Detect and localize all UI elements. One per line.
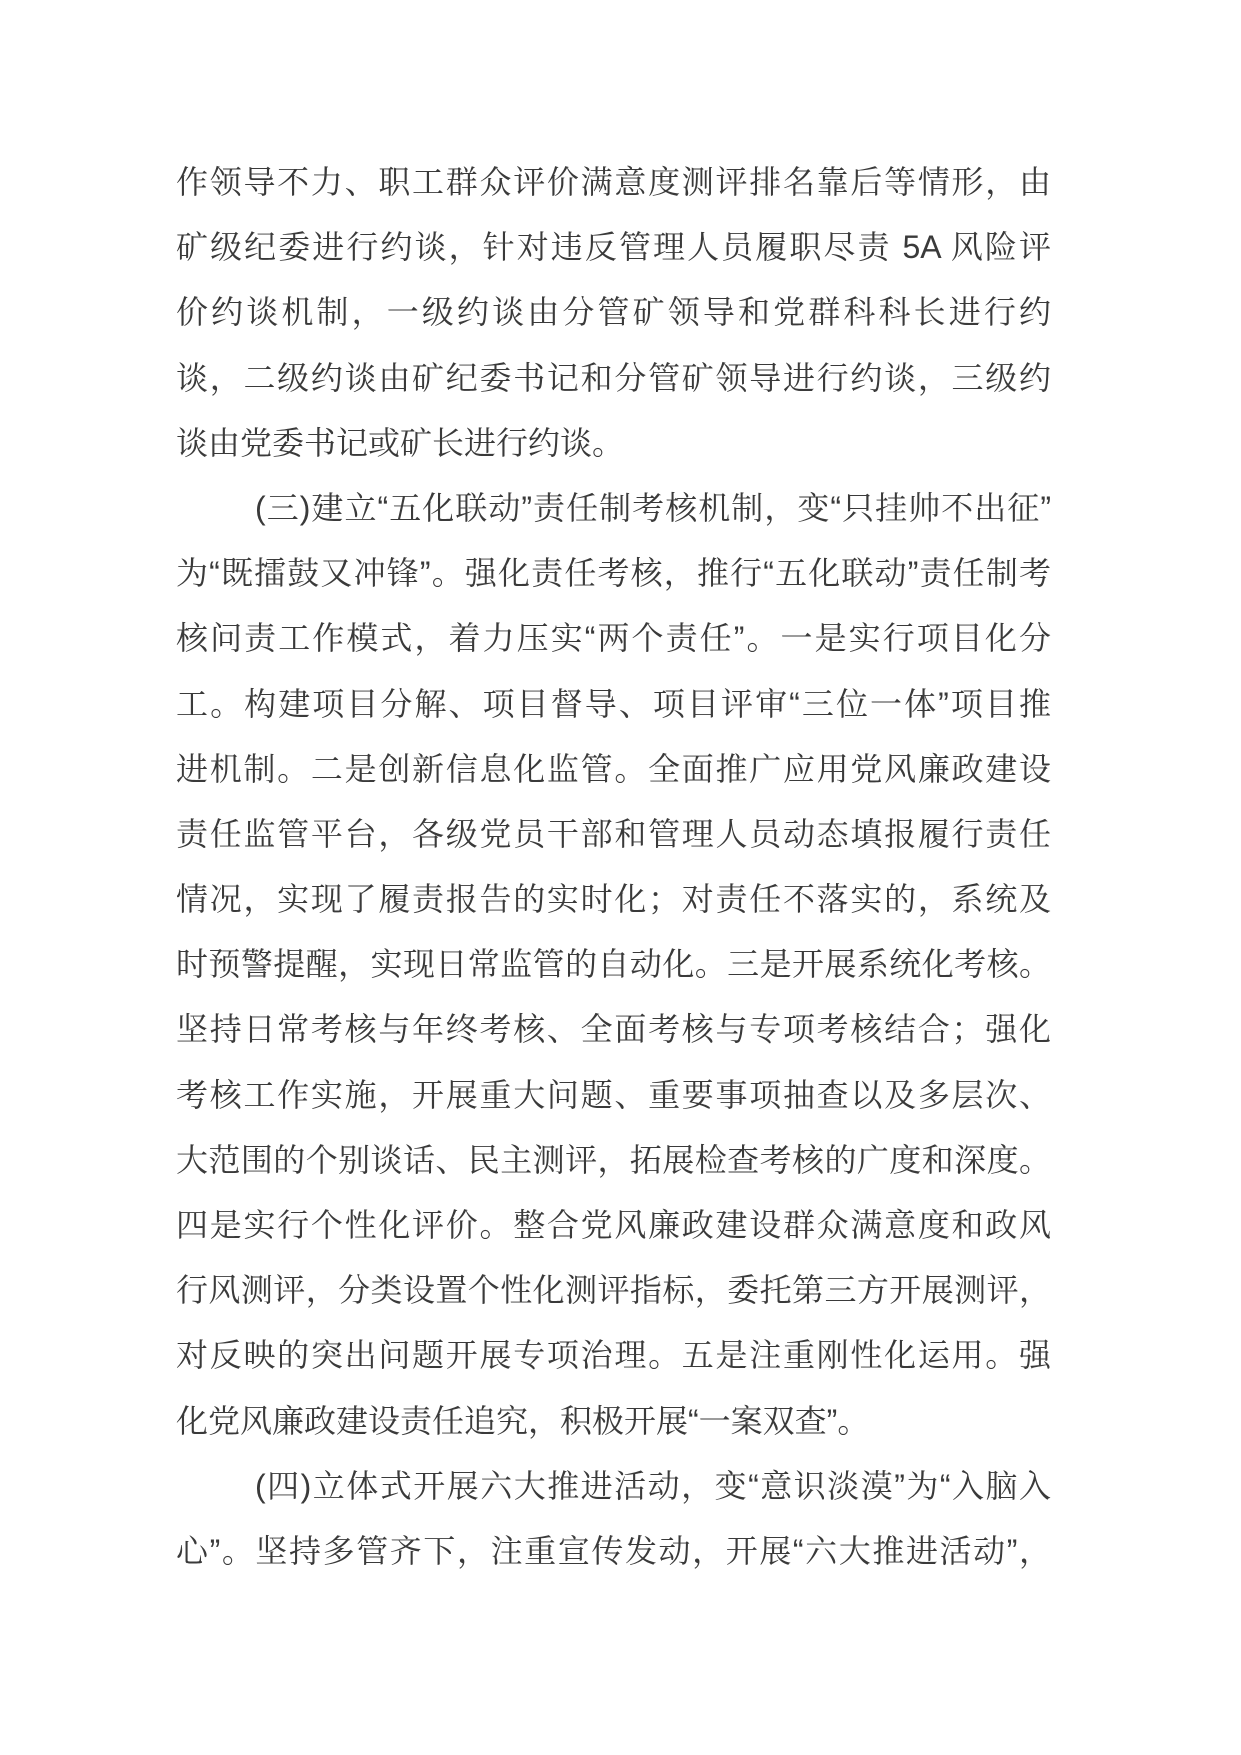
text-line: 价约谈机制，一级约谈由分管矿领导和党群科科长进行约 bbox=[176, 280, 1051, 345]
text-line: 对反映的突出问题开展专项治理。五是注重刚性化运用。强 bbox=[176, 1323, 1051, 1388]
text-line: 谈由党委书记或矿长进行约谈。 bbox=[176, 411, 1051, 476]
text-line: 矿级纪委进行约谈，针对违反管理人员履职尽责 5A 风险评 bbox=[176, 215, 1051, 280]
text-line: 进机制。二是创新信息化监管。全面推广应用党风廉政建设 bbox=[176, 737, 1051, 802]
text-line: (三)建立“五化联动”责任制考核机制，变“只挂帅不出征” bbox=[176, 476, 1051, 541]
text-line: 谈，二级约谈由矿纪委书记和分管矿领导进行约谈，三级约 bbox=[176, 346, 1051, 411]
text-line: 责任监管平台，各级党员干部和管理人员动态填报履行责任 bbox=[176, 802, 1051, 867]
text-line: 化党风廉政建设责任追究，积极开展“一案双查”。 bbox=[176, 1389, 1051, 1454]
text-line: 情况，实现了履责报告的实时化；对责任不落实的，系统及 bbox=[176, 867, 1051, 932]
text-line: 四是实行个性化评价。整合党风廉政建设群众满意度和政风 bbox=[176, 1193, 1051, 1258]
text-line: 心”。坚持多管齐下，注重宣传发动，开展“六大推进活动”， bbox=[176, 1519, 1051, 1584]
text-line: 行风测评，分类设置个性化测评指标，委托第三方开展测评， bbox=[176, 1258, 1051, 1323]
text-line: 大范围的个别谈话、民主测评，拓展检查考核的广度和深度。 bbox=[176, 1128, 1051, 1193]
text-line: 核问责工作模式，着力压实“两个责任”。一是实行项目化分 bbox=[176, 606, 1051, 671]
document-page: 作领导不力、职工群众评价满意度测评排名靠后等情形，由 矿级纪委进行约谈，针对违反… bbox=[0, 0, 1241, 1755]
text-line: 工。构建项目分解、项目督导、项目评审“三位一体”项目推 bbox=[176, 672, 1051, 737]
text-line: 作领导不力、职工群众评价满意度测评排名靠后等情形，由 bbox=[176, 150, 1051, 215]
text-line: 考核工作实施，开展重大问题、重要事项抽查以及多层次、 bbox=[176, 1063, 1051, 1128]
document-text-block: 作领导不力、职工群众评价满意度测评排名靠后等情形，由 矿级纪委进行约谈，针对违反… bbox=[176, 150, 1051, 1584]
text-line: 为“既擂鼓又冲锋”。强化责任考核，推行“五化联动”责任制考 bbox=[176, 541, 1051, 606]
text-line: (四)立体式开展六大推进活动，变“意识淡漠”为“入脑入 bbox=[176, 1454, 1051, 1519]
text-line: 时预警提醒，实现日常监管的自动化。三是开展系统化考核。 bbox=[176, 932, 1051, 997]
text-line: 坚持日常考核与年终考核、全面考核与专项考核结合；强化 bbox=[176, 997, 1051, 1062]
